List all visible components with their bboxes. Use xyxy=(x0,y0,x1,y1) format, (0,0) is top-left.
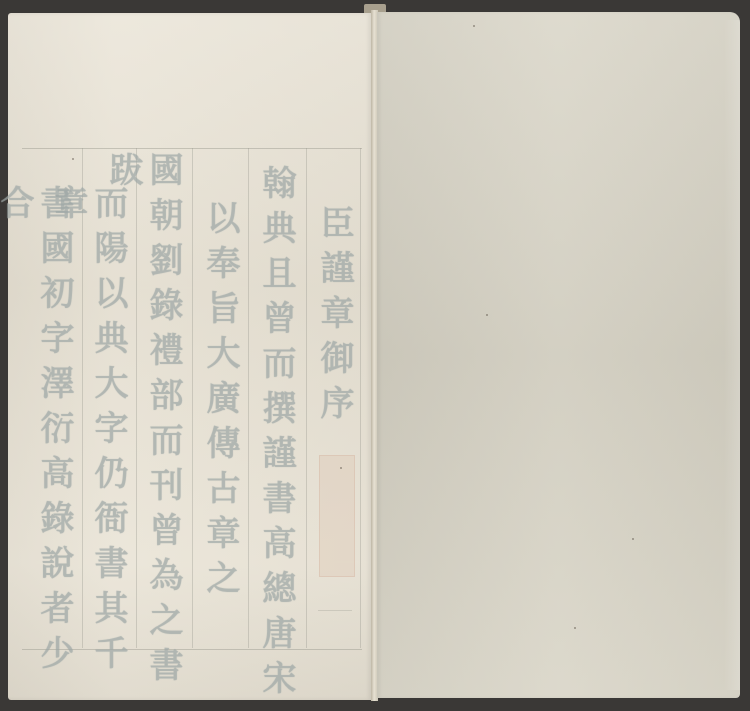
page-edge-highlight xyxy=(724,20,740,690)
column-rule xyxy=(360,148,361,648)
text-column-6: 書國初字澤衍高錄說者少合 xyxy=(34,185,74,711)
column-rule xyxy=(136,148,137,648)
paper-speck xyxy=(473,25,475,27)
column-rule xyxy=(306,148,307,648)
paper-speck xyxy=(340,467,342,469)
text-column-1: 臣謹章御序 xyxy=(314,205,354,430)
page-number-mark xyxy=(318,610,352,651)
red-seal-stamp xyxy=(319,455,355,577)
text-column-2: 翰典且曾而撰謹書高總唐宋 xyxy=(256,165,296,705)
paper-speck xyxy=(574,627,576,629)
book-spread: 臣謹章御序 翰典且曾而撰謹書高總唐宋 以奉旨大廣傳古章之 國朝劉錄禮部而刊曾為之… xyxy=(0,0,750,711)
text-column-3: 以奉旨大廣傳古章之 xyxy=(200,200,240,605)
text-column-5: 而陽以典大字仍衙書其千章 xyxy=(88,185,128,711)
paper-speck xyxy=(72,158,74,160)
text-column-4: 國朝劉錄禮部而刊曾為之書跋 xyxy=(143,152,183,711)
paper-speck xyxy=(632,538,634,540)
right-page xyxy=(377,12,740,698)
column-rule xyxy=(248,148,249,648)
paper-speck xyxy=(486,314,488,316)
column-rule xyxy=(192,148,193,648)
